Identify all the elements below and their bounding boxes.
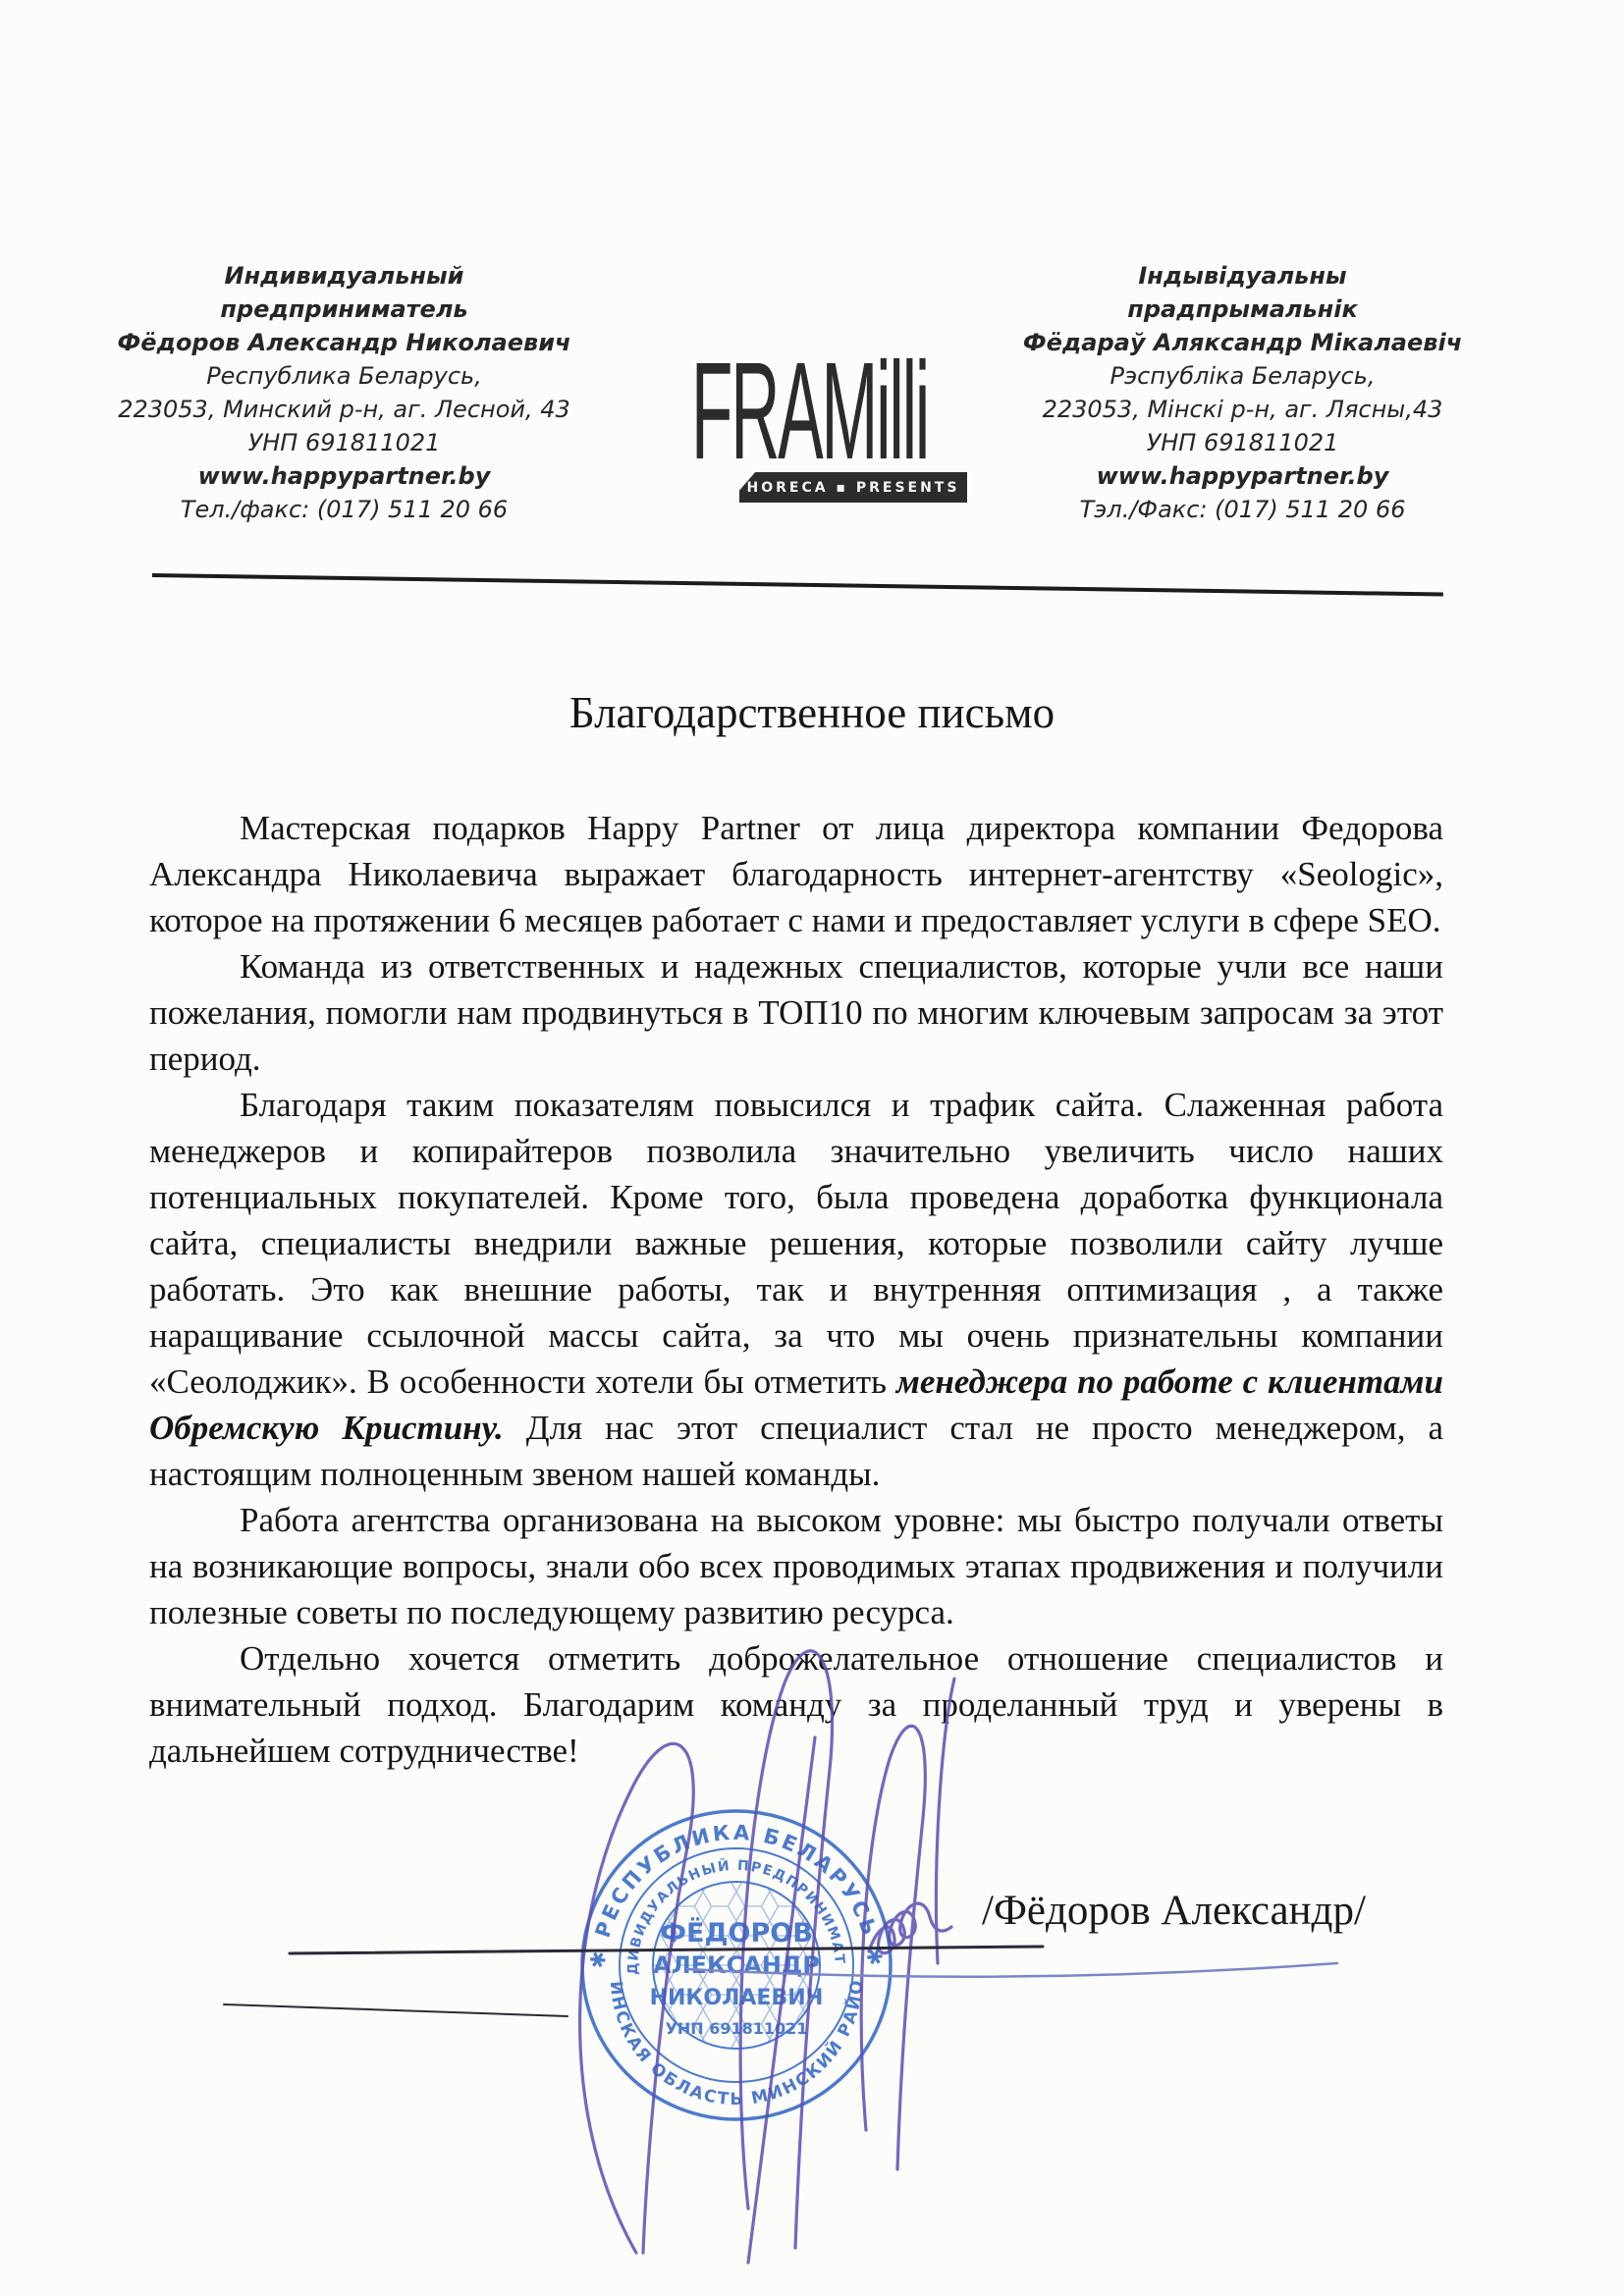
- letterhead-line: Республика Беларусь,: [116, 359, 572, 393]
- stamp-name-line3: НИКОЛАЕВИЧ: [650, 1986, 824, 2010]
- signature-name-label: /Фёдоров Александр/: [982, 1887, 1366, 1935]
- framilli-logo-wordmark: FRAMilli: [684, 332, 935, 491]
- stamp-unp-number: УНП 691811021: [666, 2019, 808, 2038]
- letterhead-line: УНП 691811021: [116, 426, 572, 459]
- header-divider-line: [152, 573, 1443, 597]
- letterhead-line: Індывідуальны: [1009, 259, 1476, 293]
- framilli-logo-banner: HORECA ▪ PRESENTS: [739, 472, 967, 503]
- paragraph-3-text: Благодаря таким показателям повысился и …: [149, 1086, 1443, 1401]
- letterhead-line: Фёдоров Александр Николаевич: [116, 326, 572, 359]
- paragraph-3: Благодаря таким показателям повысился и …: [149, 1082, 1443, 1497]
- framilli-logo: FRAMilli HORECA ▪ PRESENTS: [640, 332, 979, 518]
- paragraph-2: Команда из ответственных и надежных спец…: [149, 943, 1443, 1082]
- letterhead-line: Рэспубліка Беларусь,: [1009, 359, 1476, 393]
- letterhead-line: УНП 691811021: [1009, 426, 1476, 459]
- letterhead-line: 223053, Мінскі р-н, аг. Лясны,43: [1009, 393, 1476, 426]
- letterhead-line: прадпрымальнік: [1009, 293, 1476, 326]
- letter-title: Благодарственное письмо: [0, 687, 1624, 738]
- letterhead-website: www.happypartner.by: [1009, 459, 1476, 493]
- paragraph-1: Мастерская подарков Happy Partner от лиц…: [149, 805, 1443, 943]
- letterhead-line: 223053, Минский р-н, аг. Лесной, 43: [116, 393, 572, 426]
- round-stamp: ✱ РЕСПУБЛИКА БЕЛАРУСЬ ✱ МИНСКАЯ ОБЛАСТЬ …: [582, 1811, 891, 2119]
- paragraph-4: Работа агентства организована на высоком…: [149, 1497, 1443, 1635]
- letterhead-russian: Индивидуальный предприниматель Фёдоров А…: [116, 259, 572, 526]
- letterhead-line: Индивидуальный: [116, 259, 572, 293]
- scanned-letter-page: Индивидуальный предприниматель Фёдоров А…: [0, 0, 1624, 2296]
- letterhead-line: предприниматель: [116, 293, 572, 326]
- letterhead-phone: Тел./факс: (017) 511 20 66: [116, 493, 572, 526]
- stamp-and-signature-graphic: ✱ РЕСПУБЛИКА БЕЛАРУСЬ ✱ МИНСКАЯ ОБЛАСТЬ …: [0, 1620, 1624, 2296]
- letterhead-phone: Тэл./Факс: (017) 511 20 66: [1009, 493, 1476, 526]
- letterhead-belarusian: Індывідуальны прадпрымальнік Фёдараў Аля…: [1009, 259, 1476, 526]
- letterhead-website: www.happypartner.by: [116, 459, 572, 493]
- letterhead-line: Фёдараў Аляксандр Мікалаевіч: [1009, 326, 1476, 359]
